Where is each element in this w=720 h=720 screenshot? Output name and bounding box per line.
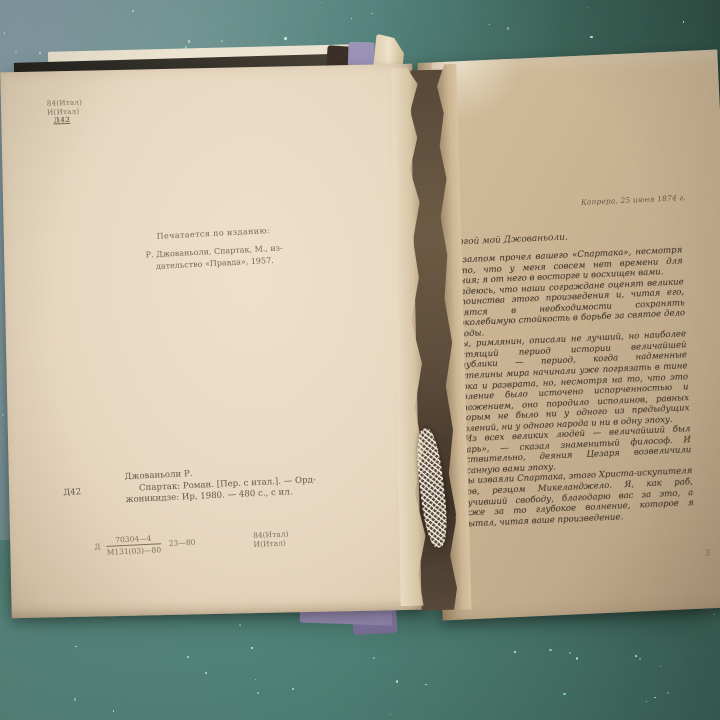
letter-body: Я залпом прочел вашего «Спартака», несмо… [440, 245, 694, 530]
letter-paragraph: Вы, римлянин, описали не лучший, но наиб… [444, 330, 690, 436]
index-suffix: 23—80 [169, 538, 196, 548]
letter-dateline: Капрера, 25 июня 1874 г. [581, 193, 686, 207]
imprint-note: Печатается по изданию: Р. Джованьоли, Сп… [73, 221, 355, 278]
index-line: Д 70304—4 М131(03)—80 23—80 84(Итал) И(И… [94, 522, 395, 557]
book-photo: 84(Итал) И(Итал) Д42 Печатается по издан… [0, 0, 720, 720]
left-page: 84(Итал) И(Итал) Д42 Печатается по издан… [0, 64, 423, 619]
stamp-line: Д42 [53, 115, 83, 125]
page-number: 3 [705, 548, 710, 557]
index-classification: 84(Итал) И(Итал) [253, 529, 289, 549]
catalog-entry: Д42 Джованьоли Р. Спартак: Роман. [Пер. … [62, 461, 363, 510]
index-fraction: 70304—4 М131(03)—80 [106, 533, 161, 557]
index-denominator: М131(03)—80 [106, 544, 161, 557]
letter-paragraph: Вы изваяли Спартака, этого Христа-искупи… [450, 467, 694, 531]
library-stamp: 84(Итал) И(Итал) Д42 [47, 98, 83, 125]
catalog-code: Д42 [63, 487, 81, 499]
index-letter: Д [94, 542, 101, 551]
index-class-line: И(Итал) [253, 538, 289, 549]
